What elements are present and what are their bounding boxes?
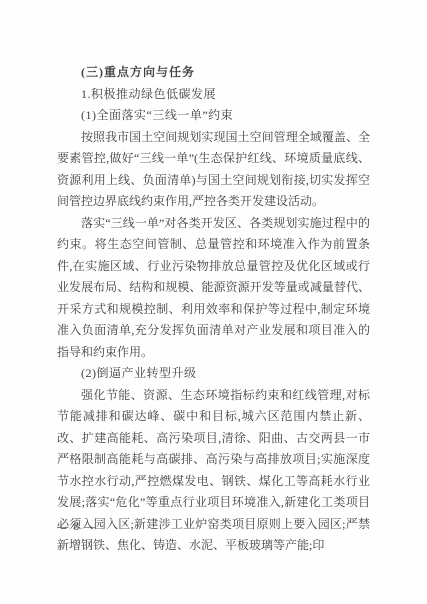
paragraph-territorial-space-planning: 按照我市国土空间规划实现国土空间管理全域覆盖、全要素管控,做好“三线一单”(生态… — [57, 127, 370, 213]
page-number: — 8 — — [57, 521, 97, 533]
document-page: (三)重点方向与任务 1.积极推动绿色低碳发展 (1)全面落实“三线一单”约束 … — [0, 0, 427, 604]
sub-sub-heading-industrial-upgrade: (2)倒逼产业转型升级 — [57, 363, 370, 385]
section-heading: (三)重点方向与任务 — [57, 62, 370, 84]
sub-heading-green-low-carbon: 1.积极推动绿色低碳发展 — [57, 84, 370, 106]
paragraph-energy-saving-restrictions: 强化节能、资源、生态环境指标约束和红线管理,对标节能减排和碳达峰、碳中和目标,城… — [57, 385, 370, 557]
paragraph-negative-list-constraints: 落实“三线一单”对各类开发区、各类规划实施过程中的约束。将生态空间管制、总量管控… — [57, 213, 370, 364]
document-content: (三)重点方向与任务 1.积极推动绿色低碳发展 (1)全面落实“三线一单”约束 … — [57, 62, 370, 557]
sub-sub-heading-three-lines-one-list: (1)全面落实“三线一单”约束 — [57, 105, 370, 127]
